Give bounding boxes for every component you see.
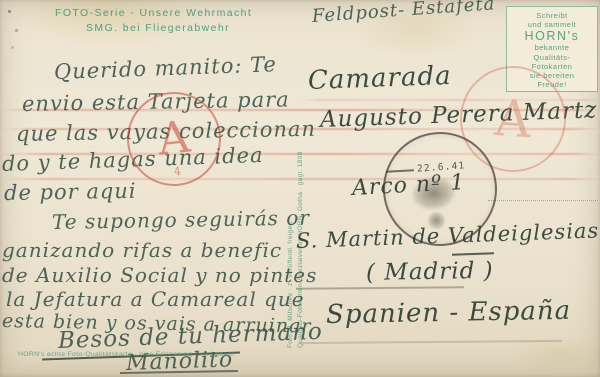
message-line: de Auxilio Social y no pintes [2,263,317,287]
address-ruled-line [300,340,562,344]
footer-imprint: HORN's echte Foto-Qualitätskarte - eine … [18,351,234,358]
address-underline [452,252,494,255]
promo-line: und sammelt [507,20,597,29]
postcard-back: FOTO-Serie - Unsere Wehrmacht SMG. bei F… [0,0,600,377]
message-line: Te supongo seguirás or [52,206,310,234]
wreath-smudge [428,212,445,229]
address-line: ( Madrid ) [366,258,494,286]
address-ruled-line [296,286,464,289]
message-line: ganizando rifas a benefic [2,238,282,262]
promo-brand: HORN's [507,29,597,43]
message-line: de por aqui [4,179,137,205]
paper-specks [8,10,11,13]
promo-line: bekannte [507,43,597,52]
series-title: FOTO-Serie - Unsere Wehrmacht [55,7,252,19]
promo-line: Schreibt [507,11,597,20]
message-line: la Jefatura a Camareal que [6,287,305,311]
faded-ruled-line [488,200,598,201]
censor-letter: A [156,115,192,162]
message-line: Querido manito: Te [54,52,278,84]
feldpost-note: Feldpost- Estafeta [311,0,496,27]
censor-letter: A [493,93,533,145]
promo-line: Qualitäts- [507,53,597,62]
series-subtitle: SMG. bei Fliegerabwehr [86,22,230,34]
censor-number: 4 [173,164,181,178]
address-line: Spanien - España [326,296,572,330]
address-line: Camarada [307,61,452,96]
